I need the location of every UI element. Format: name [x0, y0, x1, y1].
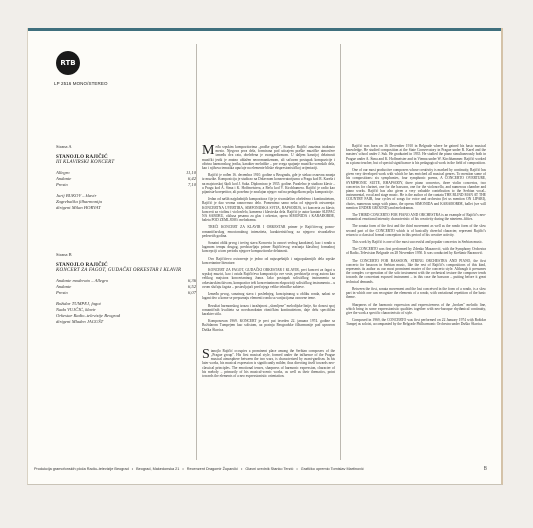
credit-item: Recenzent Dragomir Župančić — [187, 467, 238, 471]
side-b-work-title: KONCERT ZA FAGOT, GUDAČKI ORKESTAR I KLA… — [56, 268, 196, 273]
credit-item: Produkcija gramofonskih ploča Radio–tele… — [34, 467, 129, 471]
credit-separator: • — [241, 467, 242, 471]
page-marker: B — [484, 466, 487, 472]
notes-paragraph: Među srpskim kompozitorima „praške grupe… — [202, 145, 335, 170]
notes-paragraph: Ovo Rajičićevo ostvarenje je jedno od na… — [202, 257, 335, 265]
catalog-number: LP 2516 MONO/STEREO — [54, 81, 108, 86]
side-b-section: Strana B STANOJLO RAJIČIĆ KONCERT ZA FAG… — [56, 252, 196, 325]
notes-paragraph: Komponovan 1969. KONCERT je prvi put izv… — [202, 319, 335, 332]
notes-paragraph: Jedan od naših najplodnijih kompozitora … — [202, 197, 335, 222]
side-b-movements: Andante moderato – Allegro6,36Andante6,5… — [56, 278, 196, 296]
side-b-performers: Božidar TUMPEJ, fagotNada VUJČIĆ, klavir… — [56, 301, 196, 325]
movement-title: Presto — [56, 290, 68, 296]
drop-cap-letter: M — [202, 145, 214, 157]
liner-notes-english: Rajičić was born on 16 December 1910 in … — [346, 144, 486, 330]
side-a-performers: Jurij BUKOV – klavirZagrebačka filharmon… — [56, 193, 196, 211]
notes-paragraph: Rajičić was born on 16 December 1910 in … — [346, 144, 486, 165]
top-color-band — [28, 28, 501, 31]
movement-title: Presto — [56, 182, 68, 188]
credit-item: Grafičko opremio Tomislav Martinović — [301, 467, 364, 471]
liner-notes-serbian: Među srpskim kompozitorima „praške grupe… — [202, 145, 335, 381]
notes-paragraph: The CONCERTO was first performed by Zden… — [346, 247, 486, 255]
notes-paragraph: The CONCERTO FOR BASSOON, STRING ORCHEST… — [346, 259, 486, 284]
notes-paragraph: Sharpness of the harmonic expression and… — [346, 303, 486, 316]
notes-paragraph: Rezultat harmonskog izraza i izražajnost… — [202, 304, 335, 317]
album-back-cover: RTB LP 2516 MONO/STEREO Strana A STANOJL… — [27, 28, 503, 485]
notes-paragraph: TREĆI KONCERT ZA KLAVIR I ORKESTAR prime… — [202, 225, 335, 238]
movement-duration: 7,10 — [188, 182, 196, 188]
credit-item: Glavni urednik Stanko Terzić — [245, 467, 293, 471]
column-divider — [196, 44, 197, 460]
notes-paragraph: One of our most productive composers who… — [346, 168, 486, 210]
performer-line: dirigent Milan HORVAT — [56, 205, 196, 211]
credit-separator: • — [296, 467, 297, 471]
notes-paragraph: This work by Rajičić is one of the most … — [346, 240, 486, 244]
column-divider — [340, 44, 341, 460]
notes-paragraph: The sonata form of the first and the thi… — [346, 224, 486, 237]
production-credits: Produkcija gramofonskih ploča Radio–tele… — [34, 467, 364, 471]
notes-paragraph: Composed in 1969, the CONCERTO was first… — [346, 318, 486, 326]
notes-paragraph: Rajičić je rođen 16. decembra 1910. godi… — [202, 173, 335, 194]
credit-separator: • — [132, 467, 133, 471]
notes-paragraph: Stanojlo Rajičić occupies a prominent pl… — [202, 349, 335, 378]
notes-paragraph: Između prvog, sonatnog stava i poslednje… — [202, 292, 335, 300]
rtb-logo-icon: RTB — [56, 51, 80, 75]
credit-separator: • — [182, 467, 183, 471]
side-a-movements: Allegro11,10Andante6,42Presto7,10 — [56, 170, 196, 188]
movement-duration: 6,07 — [188, 290, 196, 296]
performer-line: dirigent Mladen JAGUŠT — [56, 319, 196, 325]
side-a-section: Strana A STANOJLO RAJIČIĆ III KLAVIRSKI … — [56, 144, 196, 211]
notes-paragraph: KONCERT ZA FAGOT, GUDAČKI ORKESTAR I KLA… — [202, 268, 335, 289]
notes-paragraph: Sonatni oblik prvog i trećeg stava Konce… — [202, 241, 335, 254]
drop-cap-letter: S — [202, 349, 210, 361]
notes-paragraph: The THIRD CONCERTO FOR PIANO AND ORCHEST… — [346, 213, 486, 221]
notes-paragraph: Between the first, sonata movement and t… — [346, 287, 486, 300]
credit-item: Beograd, Makedonska 21 — [136, 467, 179, 471]
